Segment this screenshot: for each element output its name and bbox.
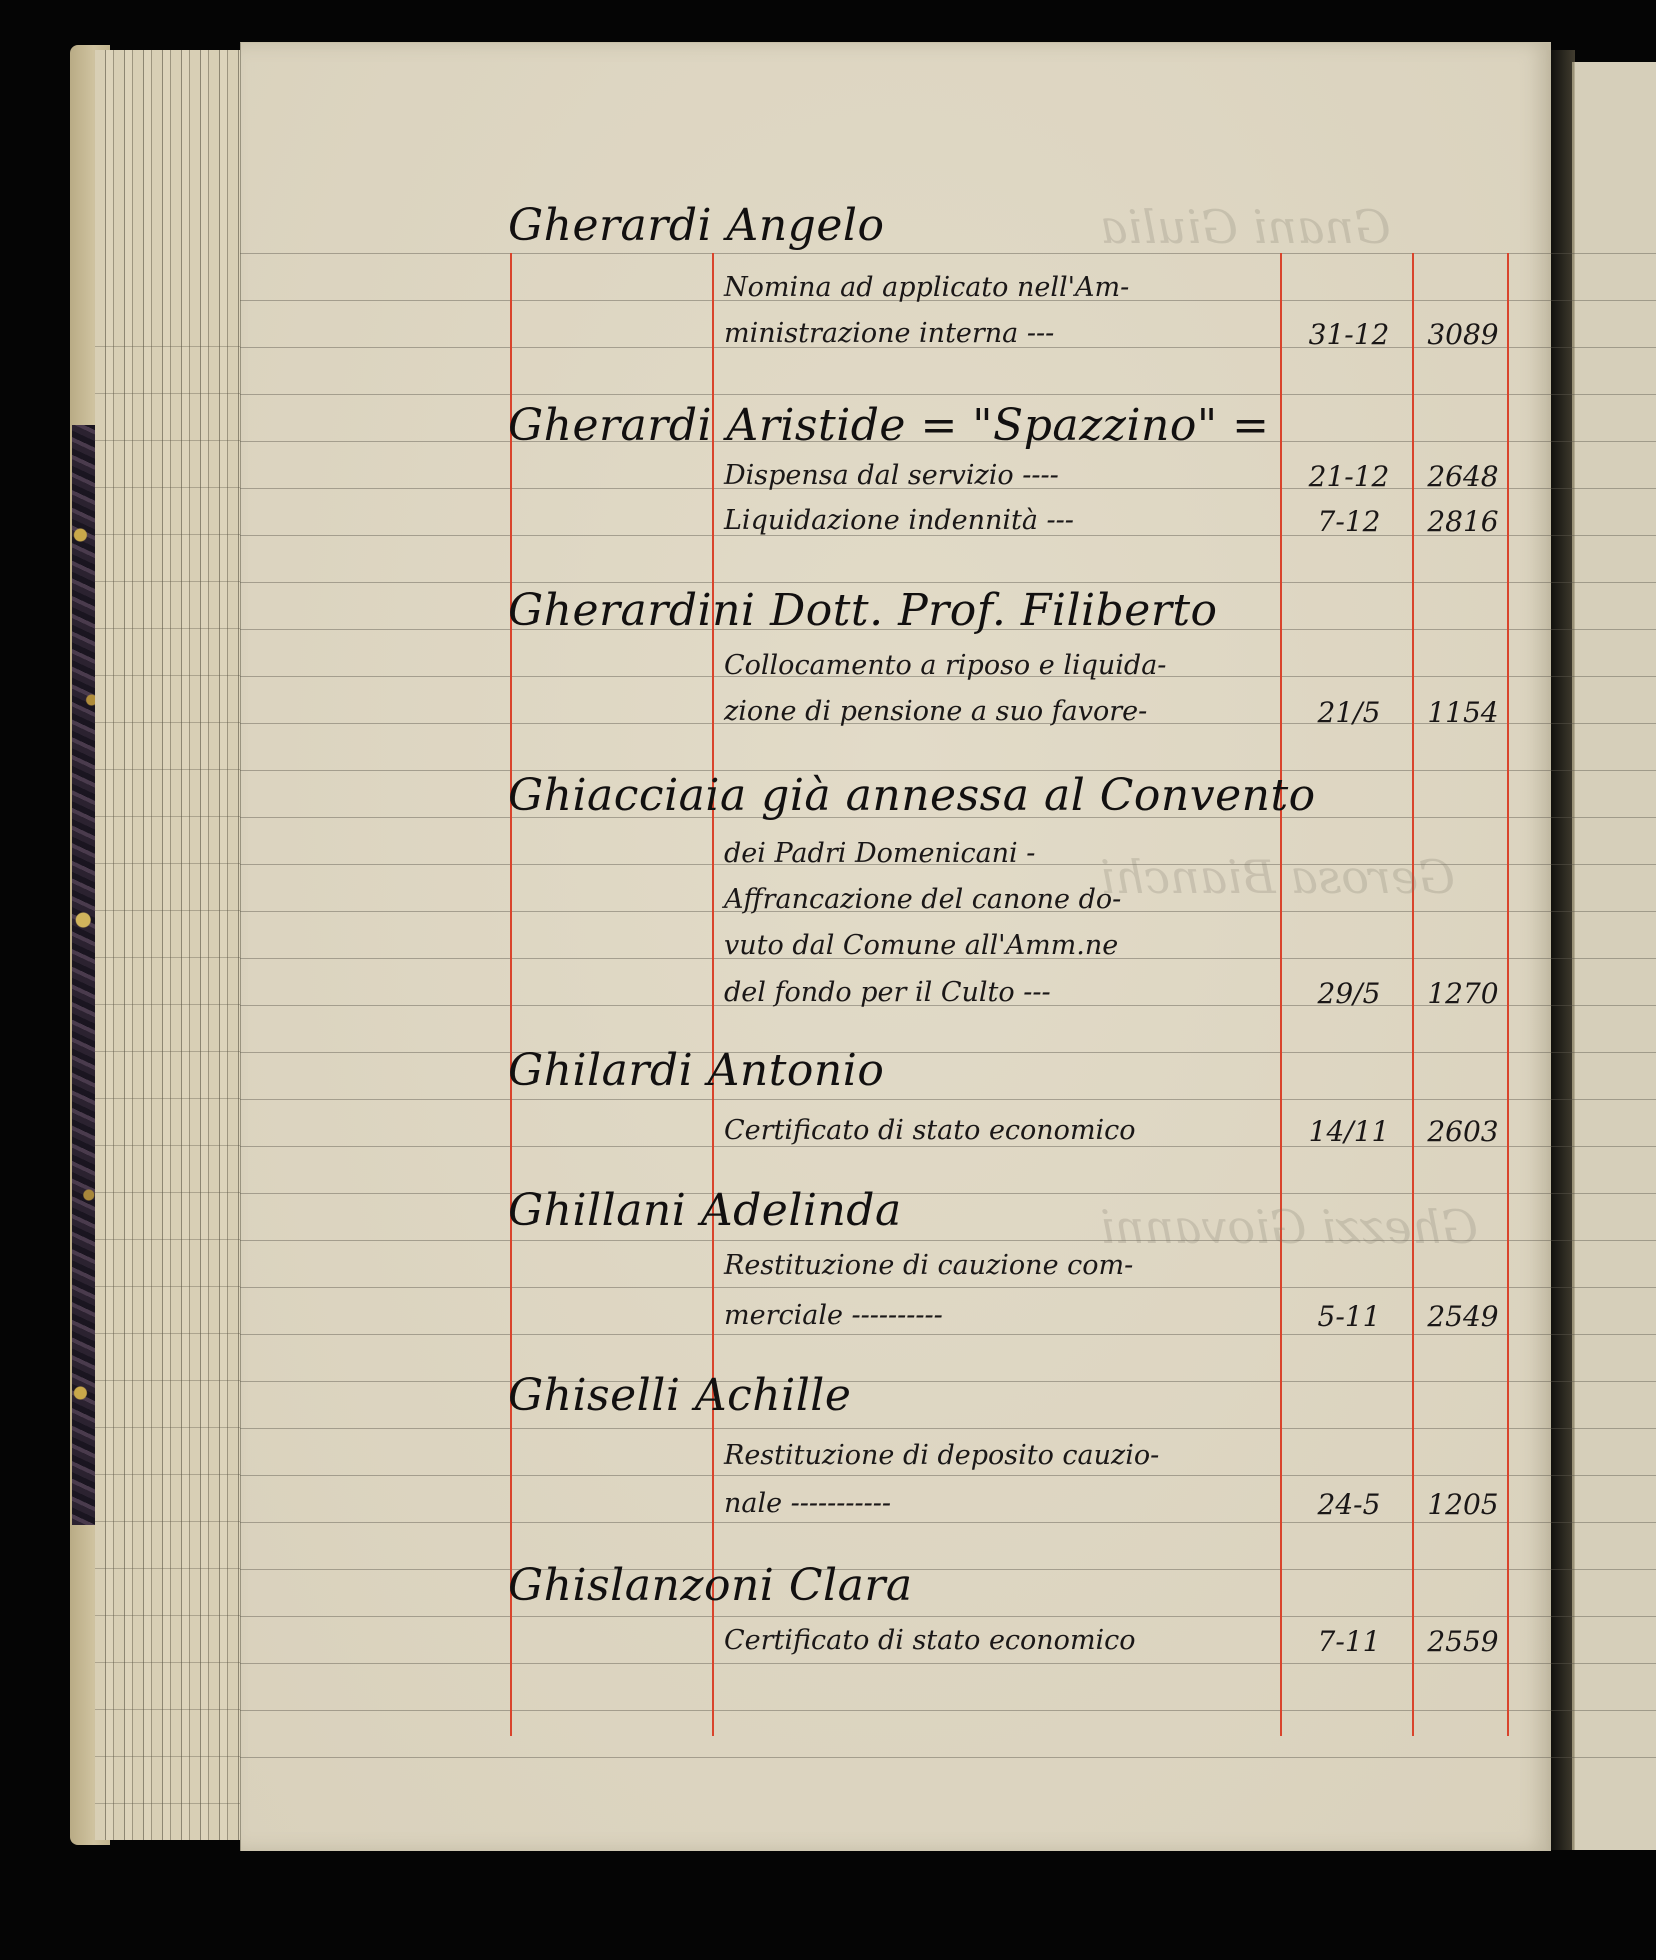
entry-number: 2603 [1420, 1115, 1506, 1148]
entry-subject: merciale ---------- [724, 1300, 943, 1331]
entry-subject: nale ----------- [724, 1488, 891, 1519]
entry-name: Ghillani Adelinda [508, 1185, 902, 1236]
entry-subject: del fondo per il Culto --- [724, 977, 1051, 1008]
bleed-through-text: Ghezzi Giovanni [1100, 1200, 1478, 1254]
entry-subject: Affrancazione del canone do- [724, 884, 1121, 915]
entry-subject: Certificato di stato economico [724, 1115, 1136, 1146]
gutter-shadow [1545, 50, 1575, 1850]
entry-name: Ghiacciaia già annessa al Convento [508, 770, 1316, 821]
entry-number: 2816 [1420, 505, 1506, 538]
entry-number: 1154 [1420, 696, 1506, 729]
entry-date: 7-11 [1290, 1625, 1408, 1658]
entry-number: 1205 [1420, 1488, 1506, 1521]
entry-name: Gherardi Aristide = "Spazzino" = [508, 400, 1269, 451]
entry-date: 24-5 [1290, 1488, 1408, 1521]
entry-subject: ministrazione interna --- [724, 318, 1054, 349]
bleed-through-text: Gnani Giulia [1100, 200, 1391, 254]
entry-date: 31-12 [1290, 318, 1408, 351]
entry-subject: dei Padri Domenicani - [724, 838, 1035, 869]
entry-name: Gherardini Dott. Prof. Filiberto [508, 585, 1218, 636]
entry-subject: Restituzione di cauzione com- [724, 1250, 1133, 1281]
page-stack-ruling [95, 300, 255, 1830]
entry-subject: Collocamento a riposo e liquida- [724, 650, 1166, 681]
entry-subject: vuto dal Comune all'Amm.ne [724, 930, 1118, 961]
entry-date: 21-12 [1290, 460, 1408, 493]
entry-date: 5-11 [1290, 1300, 1408, 1333]
entry-date: 7-12 [1290, 505, 1408, 538]
entry-number: 2549 [1420, 1300, 1506, 1333]
entry-name: Ghislanzoni Clara [508, 1560, 913, 1611]
bleed-through-text: Gerosa Bianchi [1100, 850, 1455, 904]
entry-number: 3089 [1420, 318, 1506, 351]
entry-number: 1270 [1420, 977, 1506, 1010]
facing-page-edge [1572, 62, 1656, 1850]
entry-subject: Restituzione di deposito cauzio- [724, 1440, 1159, 1471]
entry-subject: Dispensa dal servizio ---- [724, 460, 1059, 491]
entry-date: 21/5 [1290, 696, 1408, 729]
entry-subject: zione di pensione a suo favore- [724, 696, 1147, 727]
entry-date: 14/11 [1290, 1115, 1408, 1148]
entry-name: Ghiselli Achille [508, 1370, 851, 1421]
entry-subject: Nomina ad applicato nell'Am- [724, 272, 1129, 303]
entry-subject: Liquidazione indennità --- [724, 505, 1074, 536]
entry-number: 2559 [1420, 1625, 1506, 1658]
entry-name: Gherardi Angelo [508, 200, 884, 251]
entry-date: 29/5 [1290, 977, 1408, 1010]
entry-subject: Certificato di stato economico [724, 1625, 1136, 1656]
entry-name: Ghilardi Antonio [508, 1045, 884, 1096]
entry-number: 2648 [1420, 460, 1506, 493]
